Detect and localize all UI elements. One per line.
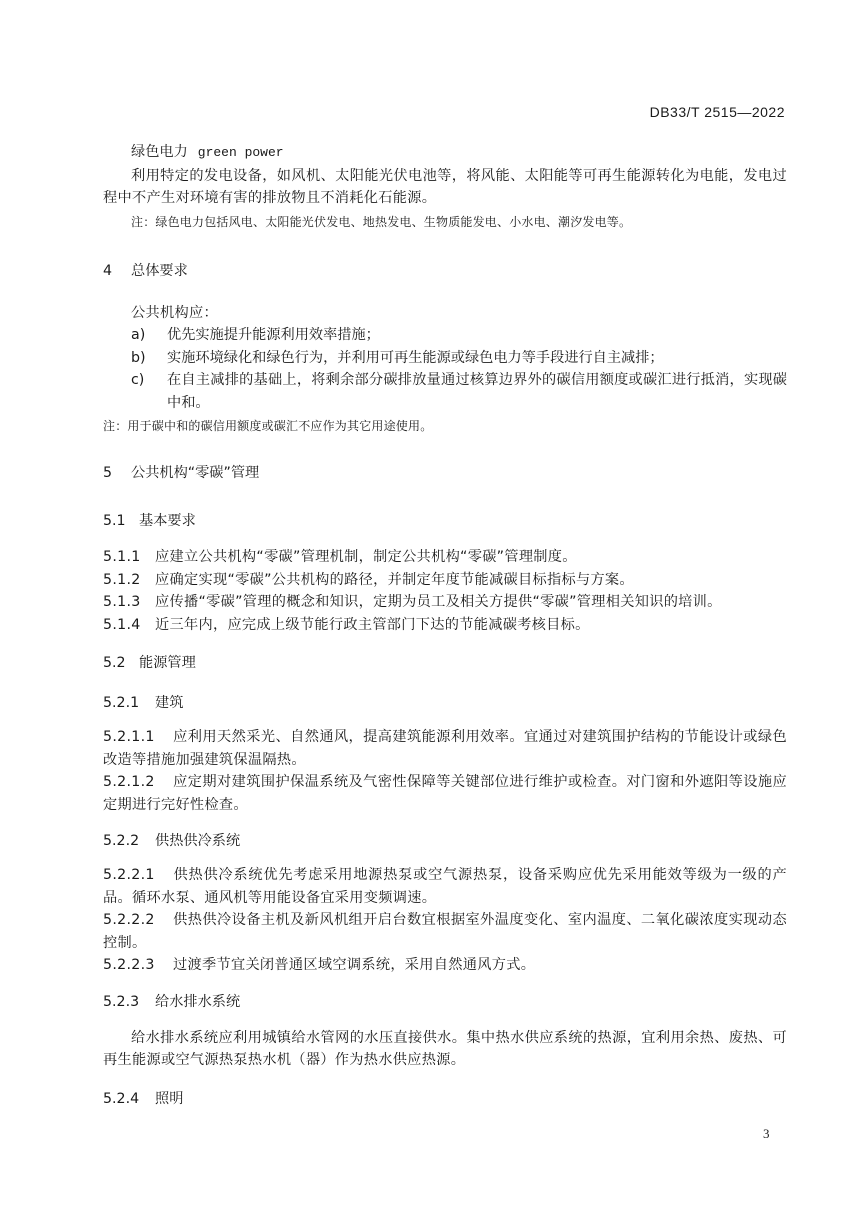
section-title: 照明 <box>155 1091 183 1107</box>
clause-number: 5.1.1 <box>103 546 155 569</box>
clause: 5.2.2.2供热供冷设备主机及新风机组开启台数宜根据室外温度变化、室内温度、二… <box>103 909 787 954</box>
clause: 5.1.3应传播“零碳”管理的概念和知识，定期为员工及相关方提供“零碳”管理相关… <box>103 591 787 614</box>
clause-text: 供热供冷设备主机及新风机组开启台数宜根据室外温度变化、室内温度、二氧化碳浓度实现… <box>103 912 787 951</box>
list-text: 优先实施提升能源利用效率措施； <box>167 324 787 347</box>
section-number: 5.2.3 <box>103 991 155 1013</box>
clause-text: 应建立公共机构“零碳”管理机制，制定公共机构“零碳”管理制度。 <box>155 549 577 565</box>
clause-number: 5.2.2.1 <box>103 864 173 887</box>
section-title: 建筑 <box>155 695 183 711</box>
list-label: a) <box>131 324 167 347</box>
clause: 5.2.2.1供热供冷系统优先考虑采用地源热泵或空气源热泵，设备采购应优先采用能… <box>103 864 787 909</box>
page-body: 绿色电力green power 利用特定的发电设备，如风机、太阳能光伏电池等，将… <box>103 141 787 1110</box>
section-title: 给水排水系统 <box>155 994 240 1010</box>
section-4-note: 注：用于碳中和的碳信用额度或碳汇不应作为其它用途使用。 <box>103 416 787 436</box>
clause-number: 5.2.1.1 <box>103 726 173 749</box>
clause-text: 供热供冷系统优先考虑采用地源热泵或空气源热泵，设备采购应优先采用能效等级为一级的… <box>103 867 787 906</box>
section-4-heading: 4总体要求 <box>103 260 787 282</box>
clause-number: 5.2.1.2 <box>103 771 173 794</box>
section-number: 4 <box>103 260 131 282</box>
section-5-2-4-heading: 5.2.4照明 <box>103 1088 787 1110</box>
clause-text: 应确定实现“零碳”公共机构的路径，并制定年度节能减碳目标指标与方案。 <box>155 572 634 588</box>
term-en: green power <box>198 145 284 160</box>
list-item: b) 实施环境绿化和绿色行为，并利用可再生能源或绿色电力等手段进行自主减排； <box>131 347 787 370</box>
section-title: 能源管理 <box>139 655 196 671</box>
document-page: DB33/T 2515—2022 绿色电力green power 利用特定的发电… <box>0 0 868 1227</box>
section-5-2-heading: 5.2能源管理 <box>103 652 787 674</box>
section-number: 5.2.1 <box>103 692 155 714</box>
section-number: 5.2.4 <box>103 1088 155 1110</box>
clause: 5.1.1应建立公共机构“零碳”管理机制，制定公共机构“零碳”管理制度。 <box>103 546 787 569</box>
section-5-2-2-heading: 5.2.2供热供冷系统 <box>103 830 787 852</box>
standard-code: DB33/T 2515—2022 <box>650 104 785 120</box>
clause: 5.2.1.1应利用天然采光、自然通风，提高建筑能源利用效率。宜通过对建筑围护结… <box>103 726 787 771</box>
clause-number: 5.2.2.2 <box>103 909 173 932</box>
list-text: 实施环境绿化和绿色行为，并利用可再生能源或绿色电力等手段进行自主减排； <box>167 347 787 370</box>
clause-text: 过渡季节宜关闭普通区域空调系统，采用自然通风方式。 <box>173 957 535 973</box>
list-label: c) <box>131 369 167 414</box>
section-number: 5 <box>103 462 131 484</box>
clause: 5.2.2.3过渡季节宜关闭普通区域空调系统，采用自然通风方式。 <box>103 954 787 977</box>
section-title: 总体要求 <box>131 263 188 279</box>
section-number: 5.2.2 <box>103 830 155 852</box>
section-4-intro: 公共机构应： <box>103 302 787 325</box>
section-title: 供热供冷系统 <box>155 833 240 849</box>
clause-text: 应定期对建筑围护保温系统及气密性保障等关键部位进行维护或检查。对门窗和外遮阳等设… <box>103 774 787 813</box>
term-note: 注：绿色电力包括风电、太阳能光伏发电、地热发电、生物质能发电、小水电、潮汐发电等… <box>131 212 787 232</box>
term-zh: 绿色电力 <box>131 144 188 160</box>
clause-number: 5.1.3 <box>103 591 155 614</box>
clause-number: 5.1.4 <box>103 614 155 637</box>
section-number: 5.2 <box>103 652 139 674</box>
clause: 5.2.1.2应定期对建筑围护保温系统及气密性保障等关键部位进行维护或检查。对门… <box>103 771 787 816</box>
list-item: a) 优先实施提升能源利用效率措施； <box>131 324 787 347</box>
clause: 5.1.2应确定实现“零碳”公共机构的路径，并制定年度节能减碳目标指标与方案。 <box>103 569 787 592</box>
section-title: 基本要求 <box>139 513 196 529</box>
clause-text: 近三年内，应完成上级节能行政主管部门下达的节能减碳考核目标。 <box>155 617 590 633</box>
section-5-2-1-heading: 5.2.1建筑 <box>103 692 787 714</box>
term-definition: 利用特定的发电设备，如风机、太阳能光伏电池等，将风能、太阳能等可再生能源转化为电… <box>103 165 787 210</box>
term-heading: 绿色电力green power <box>131 141 787 165</box>
clause-text: 应传播“零碳”管理的概念和知识，定期为员工及相关方提供“零碳”管理相关知识的培训… <box>155 594 722 610</box>
clause-number: 5.2.2.3 <box>103 954 173 977</box>
page-number: 3 <box>763 1126 770 1142</box>
section-5-2-3-text: 给水排水系统应利用城镇给水管网的水压直接供水。集中热水供应系统的热源，宜利用余热… <box>103 1027 787 1072</box>
list-text: 在自主减排的基础上，将剩余部分碳排放量通过核算边界外的碳信用额度或碳汇进行抵消，… <box>167 369 787 414</box>
section-5-heading: 5公共机构“零碳”管理 <box>103 462 787 484</box>
section-5-2-3-heading: 5.2.3给水排水系统 <box>103 991 787 1013</box>
list-item: c) 在自主减排的基础上，将剩余部分碳排放量通过核算边界外的碳信用额度或碳汇进行… <box>131 369 787 414</box>
clause-number: 5.1.2 <box>103 569 155 592</box>
list-label: b) <box>131 347 167 370</box>
clause-text: 应利用天然采光、自然通风，提高建筑能源利用效率。宜通过对建筑围护结构的节能设计或… <box>103 729 787 768</box>
section-title: 公共机构“零碳”管理 <box>131 465 259 481</box>
section-number: 5.1 <box>103 510 139 532</box>
clause: 5.1.4近三年内，应完成上级节能行政主管部门下达的节能减碳考核目标。 <box>103 614 787 637</box>
section-5-1-heading: 5.1基本要求 <box>103 510 787 532</box>
